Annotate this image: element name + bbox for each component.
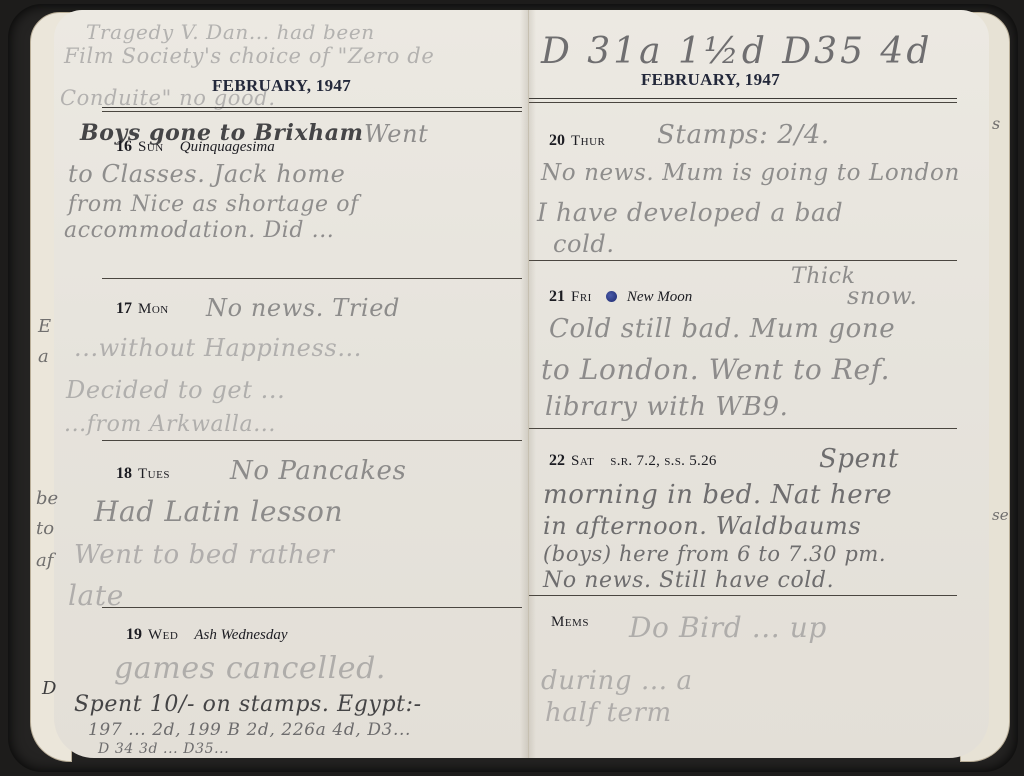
handwriting-line: games cancelled. — [114, 654, 386, 684]
top-scribble-line-3: Conduite" no good. — [60, 88, 276, 109]
handwriting-line: No Pancakes — [230, 458, 406, 484]
handwriting-line: Had Latin lesson — [94, 498, 343, 526]
margin-scribble: s — [992, 116, 1000, 133]
handwriting-line: Cold still bad. Mum gone — [549, 316, 895, 342]
handwriting-line: from Nice as shortage of — [68, 194, 359, 216]
day-name: Tues — [138, 466, 170, 482]
handwriting-line: Stamps: 2/4. — [657, 122, 830, 148]
day-name: Sun — [138, 139, 164, 155]
day-number: 18 — [116, 465, 132, 482]
margin-scribble: be — [36, 490, 58, 509]
handwriting-line: late — [68, 582, 124, 610]
day-divider — [529, 260, 957, 261]
left-page: Tragedy V. Dan... had been Film Society'… — [54, 10, 529, 758]
month-heading-right: FEBRUARY, 1947 — [641, 70, 780, 90]
new-moon-icon — [606, 291, 617, 302]
day-name: Fri — [571, 289, 592, 305]
margin-scribble: af — [36, 552, 53, 571]
handwriting-line: snow. — [847, 284, 918, 308]
day-label-21: 21FriNew Moon — [549, 288, 692, 306]
day-divider — [529, 595, 957, 596]
handwriting-line: (boys) here from 6 to 7.30 pm. — [543, 544, 886, 565]
margin-scribble: to — [36, 520, 54, 539]
margin-scribble: se — [992, 508, 1009, 524]
day-divider — [102, 607, 522, 608]
handwriting-line: half term — [545, 700, 672, 726]
handwriting-line: No news. Still have cold. — [543, 570, 834, 592]
handwriting-line: I have developed a bad — [537, 200, 843, 225]
top-scribble-line-1: Tragedy V. Dan... had been — [86, 22, 375, 42]
handwriting-line: accommodation. Did ... — [64, 220, 334, 242]
day-divider — [102, 278, 522, 279]
handwriting-line: during ... a — [541, 668, 693, 694]
right-page: D 31a 1½d D35 4d FEBRUARY, 1947 20Thur S… — [528, 10, 989, 758]
handwriting-line: to London. Went to Ref. — [541, 356, 890, 384]
day-label-18: 18Tues — [116, 465, 170, 483]
day-name: Thur — [571, 133, 605, 149]
day-note: New Moon — [627, 289, 692, 305]
handwriting-line: Went — [364, 122, 428, 146]
handwriting-line: ...from Arkwalla... — [64, 414, 276, 436]
handwriting-line: Went to bed rather — [74, 542, 335, 568]
handwriting-line: Thick — [791, 266, 856, 288]
day-label-17: 17Mon — [116, 300, 169, 318]
day-number: 17 — [116, 300, 132, 317]
handwriting-line: to Classes. Jack home — [68, 162, 346, 186]
handwriting-line: Spent — [819, 446, 899, 472]
mems-label: Mems — [551, 614, 589, 631]
day-note: Quinquagesima — [180, 139, 275, 155]
handwriting-line: No news. Tried — [206, 296, 400, 320]
handwriting-line: Decided to get ... — [66, 378, 285, 402]
handwriting-line: No news. Mum is going to London — [541, 162, 960, 185]
top-scribble-line-2: Film Society's choice of "Zero de — [64, 46, 434, 67]
header-rule-double — [529, 102, 957, 103]
day-note: Ash Wednesday — [194, 627, 287, 643]
day-label-16: 16SunQuinquagesima — [116, 138, 275, 156]
header-rule — [102, 107, 522, 108]
sunrise-sunset-times: s.r. 7.2, s.s. 5.26 — [610, 453, 716, 469]
handwriting-line: cold. — [553, 232, 615, 256]
margin-scribble: E — [38, 318, 51, 337]
handwriting-line: in afternoon. Waldbaums — [543, 514, 861, 538]
day-label-19: 19WedAsh Wednesday — [126, 626, 288, 644]
day-divider — [529, 428, 957, 429]
handwriting-line: ...without Happiness... — [74, 336, 362, 360]
day-divider — [102, 440, 522, 441]
handwriting-line: Spent 10/- on stamps. Egypt:- — [74, 694, 422, 716]
handwriting-line: morning in bed. Nat here — [543, 482, 892, 508]
handwriting-line: 197 ... 2d, 199 B 2d, 226a 4d, D3... — [88, 722, 411, 739]
day-label-20: 20Thur — [549, 132, 605, 150]
day-number: 22 — [549, 452, 565, 469]
top-scribble-right: D 31a 1½d D35 4d — [541, 34, 932, 70]
day-number: 21 — [549, 288, 565, 305]
day-number: 19 — [126, 626, 142, 643]
handwriting-line: Do Bird ... up — [629, 614, 827, 642]
handwriting-line: D 34 3d ... D35... — [98, 742, 229, 756]
header-rule-double — [102, 111, 522, 112]
day-number: 20 — [549, 132, 565, 149]
day-name: Wed — [148, 627, 178, 643]
margin-scribble: D — [42, 680, 56, 699]
day-name: Sat — [571, 453, 594, 469]
day-label-22: 22Sats.r. 7.2, s.s. 5.26 — [549, 452, 717, 470]
day-name: Mon — [138, 301, 169, 317]
handwriting-line: library with WB9. — [545, 394, 788, 420]
day-number: 16 — [116, 138, 132, 155]
margin-scribble: a — [38, 348, 49, 367]
header-rule — [529, 98, 957, 99]
